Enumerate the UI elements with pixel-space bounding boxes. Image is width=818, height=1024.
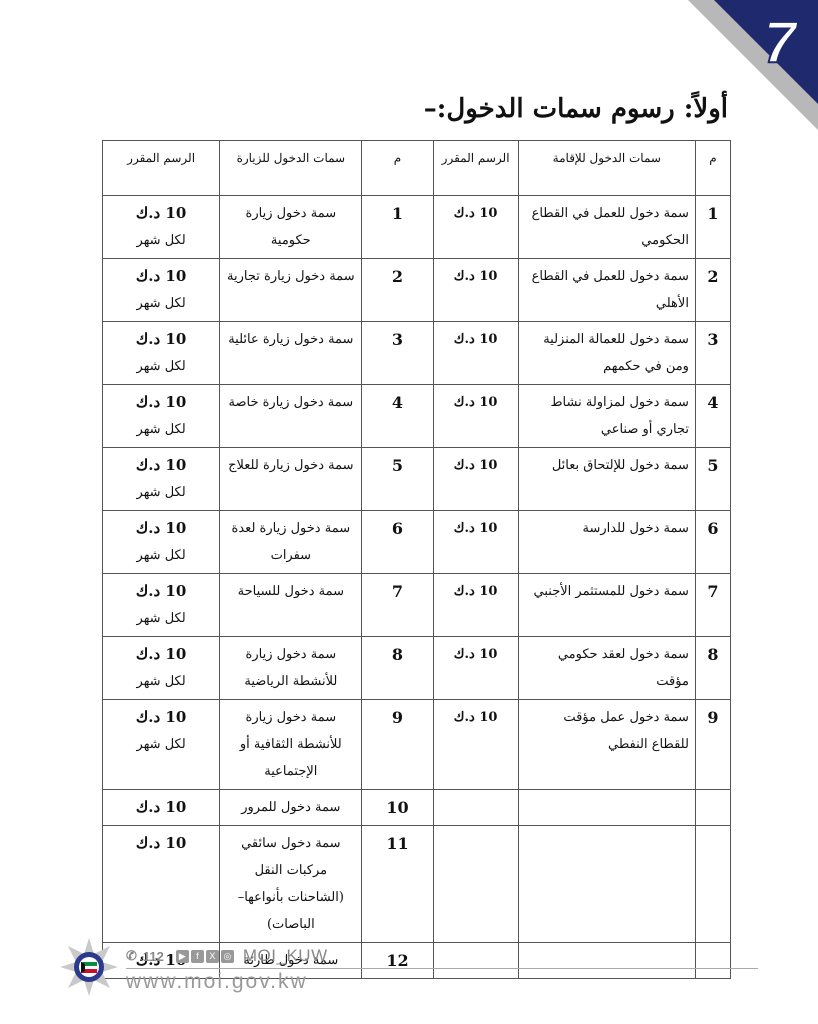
residence-fee: 10 د.ك (433, 259, 518, 322)
residence-fee: 10 د.ك (433, 385, 518, 448)
row-number-residence: 3 (695, 322, 730, 385)
visit-fee: 10 د.كلكل شهر (103, 511, 220, 574)
residence-fee: 10 د.ك (433, 511, 518, 574)
row-number-visit: 2 (362, 259, 433, 322)
row-number-residence (695, 790, 730, 826)
residence-visa-type (518, 826, 695, 943)
residence-visa-type: سمة دخول عمل مؤقت للقطاع النفطي (518, 700, 695, 790)
visit-fee: 10 د.كلكل شهر (103, 322, 220, 385)
visit-fee-amount: 10 د.ك (109, 641, 213, 668)
header-fee1: الرسم المقرر (433, 141, 518, 196)
visit-visa-type: سمة دخول زيارة للعلاج (220, 448, 362, 511)
visit-fee-period: لكل شهر (109, 290, 213, 317)
table-row: 5سمة دخول للإلتحاق بعائل10 د.ك5سمة دخول … (103, 448, 731, 511)
residence-fee: 10 د.ك (433, 322, 518, 385)
residence-fee (433, 826, 518, 943)
website-link[interactable]: www.moi.gov.kw (126, 970, 308, 994)
visit-fee: 10 د.كلكل شهر (103, 385, 220, 448)
row-number-visit: 5 (362, 448, 433, 511)
visit-fee-period: لكل شهر (109, 416, 213, 443)
contact-line: ✆ 112 ▶ f X ◎ MOI_KUW (126, 946, 328, 966)
visit-fee-amount: 10 د.ك (109, 452, 213, 479)
footer-divider (126, 968, 758, 969)
residence-visa-type: سمة دخول للدارسة (518, 511, 695, 574)
visit-fee-amount: 10 د.ك (109, 326, 213, 353)
residence-visa-type: سمة دخول للعمل في القطاع الحكومي (518, 196, 695, 259)
page-title: أولاً: رسوم سمات الدخول:– (424, 94, 728, 124)
phone-icon: ✆ (126, 948, 137, 964)
visit-fee-period: لكل شهر (109, 668, 213, 695)
visit-visa-type: سمة دخول زيارة حكومية (220, 196, 362, 259)
x-icon[interactable]: X (206, 950, 219, 963)
residence-visa-type (518, 790, 695, 826)
residence-visa-type: سمة دخول للمستثمر الأجنبي (518, 574, 695, 637)
visit-visa-type: سمة دخول سائقي مركبات النقل (الشاحنات بأ… (220, 826, 362, 943)
visit-visa-type: سمة دخول زيارة للأنشطة الرياضية (220, 637, 362, 700)
row-number-residence: 2 (695, 259, 730, 322)
row-number-visit: 3 (362, 322, 433, 385)
visit-fee: 10 د.كلكل شهر (103, 259, 220, 322)
visit-fee-amount: 10 د.ك (109, 578, 213, 605)
header-m1: م (695, 141, 730, 196)
visit-visa-type: سمة دخول زيارة عائلية (220, 322, 362, 385)
residence-visa-type: سمة دخول لمزاولة نشاط تجاري أو صناعي (518, 385, 695, 448)
row-number-residence: 8 (695, 637, 730, 700)
page-number: 7 (764, 14, 796, 72)
footer: ✆ 112 ▶ f X ◎ MOI_KUW www.moi.gov.kw (58, 936, 758, 998)
visit-fee-period: لكل شهر (109, 605, 213, 632)
row-number-visit: 4 (362, 385, 433, 448)
row-number-visit: 9 (362, 700, 433, 790)
visit-visa-type: سمة دخول زيارة لعدة سفرات (220, 511, 362, 574)
social-handle: MOI_KUW (243, 946, 328, 966)
table-row: 2سمة دخول للعمل في القطاع الأهلي10 د.ك2س… (103, 259, 731, 322)
row-number-residence (695, 826, 730, 943)
header-visit: سمات الدخول للزيارة (220, 141, 362, 196)
visit-fee: 10 د.ك (103, 790, 220, 826)
header-m2: م (362, 141, 433, 196)
visit-visa-type: سمة دخول زيارة تجارية (220, 259, 362, 322)
visit-fee-amount: 10 د.ك (109, 389, 213, 416)
visit-fee-period: لكل شهر (109, 542, 213, 569)
visit-fee-amount: 10 د.ك (109, 794, 213, 821)
visit-fee-amount: 10 د.ك (109, 704, 213, 731)
residence-visa-type: سمة دخول للعمل في القطاع الأهلي (518, 259, 695, 322)
header-fee2: الرسم المقرر (103, 141, 220, 196)
row-number-visit: 1 (362, 196, 433, 259)
visit-visa-type: سمة دخول زيارة للأنشطة الثقافية أو الإجت… (220, 700, 362, 790)
visit-fee-period: لكل شهر (109, 731, 213, 758)
row-number-visit: 11 (362, 826, 433, 943)
row-number-residence: 6 (695, 511, 730, 574)
visit-fee-amount: 10 د.ك (109, 830, 213, 857)
residence-fee: 10 د.ك (433, 574, 518, 637)
visit-fee-amount: 10 د.ك (109, 263, 213, 290)
visit-fee: 10 د.كلكل شهر (103, 196, 220, 259)
social-icons: ▶ f X ◎ (176, 950, 235, 963)
table-row: 1سمة دخول للعمل في القطاع الحكومي10 د.ك1… (103, 196, 731, 259)
row-number-visit: 10 (362, 790, 433, 826)
visit-fee-period: لكل شهر (109, 353, 213, 380)
table-row: 10سمة دخول للمرور10 د.ك (103, 790, 731, 826)
table-row: 9سمة دخول عمل مؤقت للقطاع النفطي10 د.ك9س… (103, 700, 731, 790)
residence-fee (433, 790, 518, 826)
row-number-residence: 9 (695, 700, 730, 790)
visit-fee: 10 د.كلكل شهر (103, 700, 220, 790)
visit-fee-amount: 10 د.ك (109, 200, 213, 227)
row-number-visit: 6 (362, 511, 433, 574)
visit-fee: 10 د.كلكل شهر (103, 574, 220, 637)
header-residence: سمات الدخول للإقامة (518, 141, 695, 196)
residence-visa-type: سمة دخول لعقد حكومي مؤقت (518, 637, 695, 700)
instagram-icon[interactable]: ◎ (221, 950, 234, 963)
row-number-residence: 7 (695, 574, 730, 637)
residence-fee: 10 د.ك (433, 637, 518, 700)
visit-fee-period: لكل شهر (109, 479, 213, 506)
residence-fee: 10 د.ك (433, 700, 518, 790)
residence-visa-type: سمة دخول للعمالة المنزلية ومن في حكمهم (518, 322, 695, 385)
residence-visa-type: سمة دخول للإلتحاق بعائل (518, 448, 695, 511)
visit-visa-type: سمة دخول للسياحة (220, 574, 362, 637)
youtube-icon[interactable]: ▶ (176, 950, 189, 963)
visit-visa-type: سمة دخول زيارة خاصة (220, 385, 362, 448)
table-row: 8سمة دخول لعقد حكومي مؤقت10 د.ك8سمة دخول… (103, 637, 731, 700)
phone-number: 112 (143, 949, 164, 964)
facebook-icon[interactable]: f (191, 950, 204, 963)
visit-fee: 10 د.ك (103, 826, 220, 943)
residence-fee: 10 د.ك (433, 196, 518, 259)
row-number-residence: 5 (695, 448, 730, 511)
table-row: 7سمة دخول للمستثمر الأجنبي10 د.ك7سمة دخو… (103, 574, 731, 637)
kuwait-police-logo (58, 936, 120, 998)
row-number-visit: 8 (362, 637, 433, 700)
visit-fee-period: لكل شهر (109, 227, 213, 254)
row-number-residence: 4 (695, 385, 730, 448)
table-row: 11سمة دخول سائقي مركبات النقل (الشاحنات … (103, 826, 731, 943)
row-number-visit: 7 (362, 574, 433, 637)
table-header-row: م سمات الدخول للإقامة الرسم المقرر م سما… (103, 141, 731, 196)
table-row: 6سمة دخول للدارسة10 د.ك6سمة دخول زيارة ل… (103, 511, 731, 574)
table-row: 3سمة دخول للعمالة المنزلية ومن في حكمهم1… (103, 322, 731, 385)
visit-fee: 10 د.كلكل شهر (103, 448, 220, 511)
visit-fee: 10 د.كلكل شهر (103, 637, 220, 700)
table-row: 4سمة دخول لمزاولة نشاط تجاري أو صناعي10 … (103, 385, 731, 448)
visit-fee-amount: 10 د.ك (109, 515, 213, 542)
residence-fee: 10 د.ك (433, 448, 518, 511)
visit-visa-type: سمة دخول للمرور (220, 790, 362, 826)
row-number-residence: 1 (695, 196, 730, 259)
entry-visa-fees-table: م سمات الدخول للإقامة الرسم المقرر م سما… (102, 140, 731, 979)
